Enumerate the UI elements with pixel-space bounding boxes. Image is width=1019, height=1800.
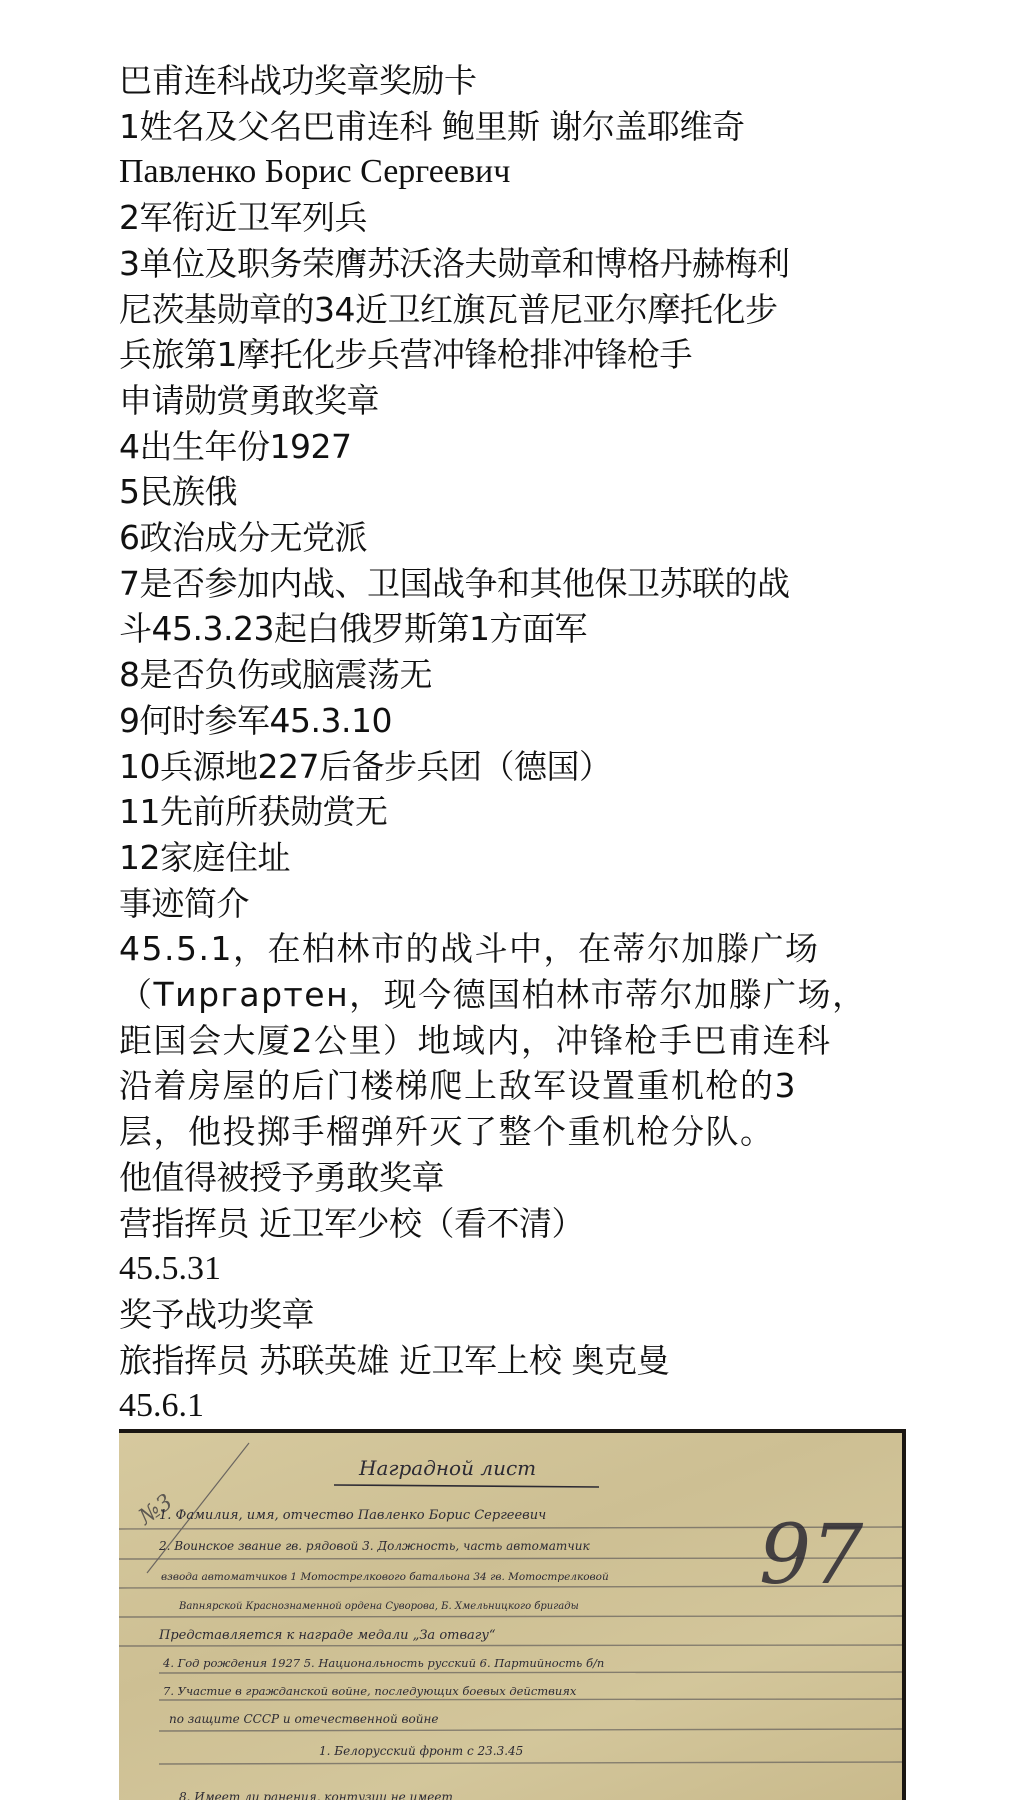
deeds-text-5: 层，他投掷手榴弹歼灭了整个重机枪分队。	[119, 1109, 919, 1155]
scan-row-5: Представляется к награде медали „За отва…	[158, 1628, 496, 1643]
deeds-text-2: （Тиргартен，现今德国柏林市蒂尔加滕广场，	[119, 972, 919, 1018]
award-request: 申请勋赏勇敢奖章	[119, 378, 919, 424]
deeds-heading: 事迹简介	[119, 881, 919, 927]
field-address: 12家庭住址	[119, 835, 919, 881]
battalion-commander: 营指挥员 近卫军少校（看不清）	[119, 1201, 919, 1247]
field-unit-line-1: 3单位及职务荣膺苏沃洛夫勋章和博格丹赫梅利	[119, 241, 919, 287]
scan-header: Наградной лист	[358, 1456, 536, 1480]
deeds-text-3: 距国会大厦2公里）地域内，冲锋枪手巴甫连科	[119, 1018, 919, 1064]
scan-row-7: 7. Участие в гражданской войне, последую…	[163, 1684, 577, 1698]
scan-row-1: 1. Фамилия, имя, отчество Павленко Борис…	[159, 1508, 546, 1523]
scan-row-2: 2. Воинское звание гв. рядовой 3. Должно…	[158, 1539, 590, 1553]
field-origin: 10兵源地227后备步兵团（德国）	[119, 744, 919, 790]
scan-row-6: 4. Год рождения 1927 5. Национальность р…	[162, 1656, 604, 1670]
field-birth-year: 4出生年份1927	[119, 424, 919, 470]
recommendation: 他值得被授予勇敢奖章	[119, 1155, 919, 1201]
scan-row-4: Вапнярской Краснознаменной ордена Суворо…	[178, 1601, 579, 1612]
field-name-russian: Павленко Борис Сергеевич	[119, 149, 919, 195]
deeds-text-1: 45.5.1，在柏林市的战斗中，在蒂尔加滕广场	[119, 926, 919, 972]
field-enlistment: 9何时参军45.3.10	[119, 698, 919, 744]
scan-row-8: по защите СССР и отечественной войне	[169, 1712, 438, 1726]
field-rank: 2军衔近卫军列兵	[119, 195, 919, 241]
field-war-participation-1: 7是否参加内战、卫国战争和其他保卫苏联的战	[119, 561, 919, 607]
deeds-text-4: 沿着房屋的后门楼梯爬上敌军设置重机枪的3	[119, 1063, 919, 1109]
scan-row-9: 1. Белорусский фронт с 23.3.45	[319, 1744, 523, 1758]
award-decision: 奖予战功奖章	[119, 1292, 919, 1338]
award-card-text: 巴甫连科战功奖章奖励卡 1姓名及父名巴甫连科 鲍里斯 谢尔盖耶维奇 Павлен…	[119, 58, 919, 1429]
scan-big-number: 97	[759, 1508, 864, 1603]
field-previous-awards: 11先前所获勋赏无	[119, 789, 919, 835]
brigade-commander: 旅指挥员 苏联英雄 近卫军上校 奥克曼	[119, 1338, 919, 1384]
scan-row-3: взвода автоматчиков 1 Мотострелкового ба…	[161, 1571, 609, 1583]
scan-margin-note: №3	[134, 1490, 178, 1531]
card-title: 巴甫连科战功奖章奖励卡	[119, 58, 919, 104]
battalion-date: 45.5.31	[119, 1246, 919, 1292]
field-unit-line-2: 尼茨基勋章的34近卫红旗瓦普尼亚尔摩托化步	[119, 287, 919, 333]
field-unit-line-3: 兵旅第1摩托化步兵营冲锋枪排冲锋枪手	[119, 332, 919, 378]
field-nationality: 5民族俄	[119, 469, 919, 515]
field-wounds: 8是否负伤或脑震荡无	[119, 652, 919, 698]
field-war-participation-2: 斗45.3.23起白俄罗斯第1方面军	[119, 606, 919, 652]
brigade-date: 45.6.1	[119, 1383, 919, 1429]
field-party: 6政治成分无党派	[119, 515, 919, 561]
scan-row-10: 8. Имеет ли ранения, контузии не имеет	[179, 1790, 453, 1800]
award-sheet-scan: Наградной лист 1. Фамилия, имя, отчество…	[119, 1429, 906, 1800]
field-name-patronymic: 1姓名及父名巴甫连科 鲍里斯 谢尔盖耶维奇	[119, 104, 919, 150]
